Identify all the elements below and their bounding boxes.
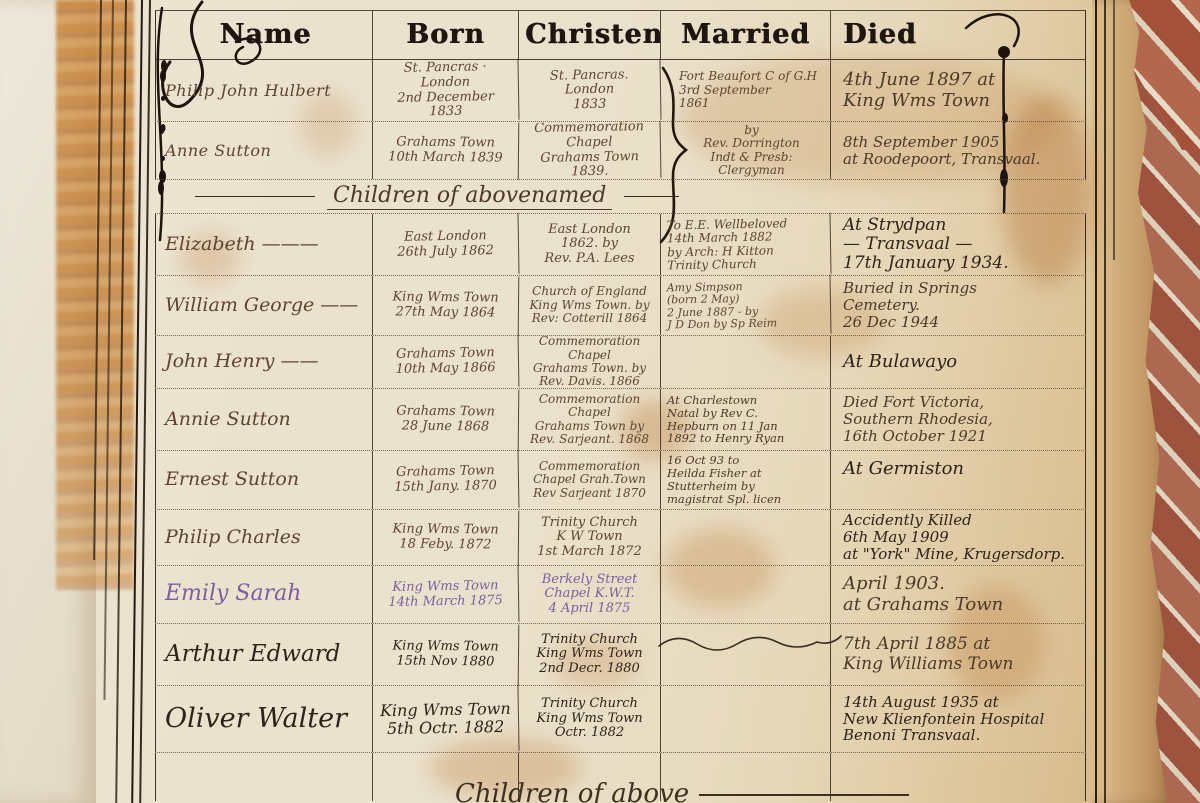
- cell-died: At Bulawayo: [831, 336, 1086, 388]
- bottom-partial-row: Children of above: [155, 753, 1086, 801]
- cell-name: Annie Sutton: [155, 389, 373, 450]
- cell-born: King Wms Town 18 Feby. 1872: [373, 509, 520, 566]
- cell-died: 14th August 1935 at New Klienfontein Hos…: [831, 686, 1086, 752]
- next-section-label: Children of above: [455, 779, 909, 803]
- cell-christened: Commemoration Chapel Grah.Town Rev Sarje…: [519, 451, 661, 509]
- table-row: Ernest Sutton Grahams Town 15th Jany. 18…: [155, 451, 1086, 510]
- table-header-row: Name Born Christened Married Died: [155, 10, 1086, 60]
- cell-born: Grahams Town 15th Jany. 1870: [373, 450, 520, 511]
- cell-name: Philip Charles: [155, 510, 373, 565]
- cell-christened: Commemoration Chapel Grahams Town 1839.: [519, 121, 662, 180]
- cell-died: 4th June 1897 at King Wms Town: [831, 60, 1086, 121]
- cell-name: John Henry ——: [155, 336, 373, 388]
- table-row: Philip Charles King Wms Town 18 Feby. 18…: [155, 510, 1086, 566]
- cell-christened: Church of England King Wms Town. by Rev:…: [519, 276, 661, 335]
- cell-married: Amy Simpson (born 2 May) 2 June 1887 - b…: [660, 275, 831, 337]
- cell-died: At Germiston: [831, 451, 1086, 509]
- header-christened: Christened: [519, 11, 661, 59]
- cell-died: Accidently Killed 6th May 1909 at "York"…: [831, 510, 1086, 565]
- right-rule-line: [1113, 0, 1115, 260]
- cell-died: Died Fort Victoria, Southern Rhodesia, 1…: [831, 389, 1086, 450]
- cell-died: 8th September 1905 at Roodepoort, Transv…: [831, 122, 1086, 179]
- cell-christened: Trinity Church K W Town 1st March 1872: [519, 510, 661, 565]
- cell-christened: Commemoration Chapel Grahams Town by Rev…: [519, 389, 661, 450]
- cell-married: At Charlestown Natal by Rev C. Hepburn o…: [661, 389, 831, 450]
- cell-married: [661, 510, 831, 565]
- table-row: William George —— King Wms Town 27th May…: [155, 276, 1086, 336]
- cell-name: Elizabeth ———: [155, 214, 373, 275]
- cell-died: At Strydpan — Transvaal — 17th January 1…: [831, 214, 1086, 275]
- cell-married: [661, 566, 831, 623]
- right-rule-line: [1095, 0, 1097, 803]
- cell-married: To E.E. Wellbeloved 14th March 1882 by A…: [660, 213, 831, 277]
- cell-born: King Wms Town 14th March 1875: [373, 565, 520, 625]
- cell-name: Arthur Edward: [155, 624, 373, 685]
- table-row: Emily Sarah King Wms Town 14th March 187…: [155, 566, 1086, 624]
- cell-born: Grahams Town 28 June 1868: [373, 388, 520, 451]
- table-row: Anne Sutton Grahams Town 10th March 1839…: [155, 122, 1086, 180]
- divider-rule: Children of abovenamed: [155, 183, 1086, 210]
- cell-died: April 1903. at Grahams Town: [831, 566, 1086, 623]
- right-rule-line: [1104, 0, 1106, 803]
- cell-married: by Rev. Dorrington Indt & Presb: Clergym…: [661, 122, 831, 179]
- cell-christened: Trinity Church King Wms Town 2nd Decr. 1…: [519, 624, 661, 685]
- header-died: Died: [831, 11, 1086, 59]
- cell-married: [661, 686, 831, 752]
- cell-name: Philip John Hulbert: [155, 60, 373, 121]
- register-table: Name Born Christened Married Died Philip…: [155, 10, 1086, 801]
- cell-christened: St. Pancras. London 1833: [518, 59, 661, 122]
- cell-christened: East London 1862. by Rev. P.A. Lees: [519, 214, 661, 275]
- table-row: John Henry —— Grahams Town 10th May 1866…: [155, 336, 1086, 389]
- cell-born: King Wms Town 5th Octr. 1882: [372, 685, 519, 754]
- divider-label: Children of abovenamed: [327, 183, 612, 210]
- table-row: Elizabeth ——— East London 26th July 1862…: [155, 214, 1086, 276]
- table-row: Arthur Edward King Wms Town 15th Nov 188…: [155, 624, 1086, 686]
- table-row: Oliver Walter King Wms Town 5th Octr. 18…: [155, 686, 1086, 753]
- cell-christened: Commemoration Chapel Grahams Town. by Re…: [519, 336, 661, 388]
- cell-name: Anne Sutton: [155, 122, 373, 179]
- cell-married: 16 Oct 93 to Heilda Fisher at Stutterhei…: [661, 451, 831, 509]
- cell-married: [661, 336, 831, 388]
- cell-born: St. Pancras · London 2nd December 1833: [372, 59, 519, 123]
- cell-born: King Wms Town 15th Nov 1880: [373, 623, 520, 686]
- cell-died: Buried in Springs Cemetery. 26 Dec 1944: [831, 276, 1086, 335]
- cell-born: Grahams Town 10th March 1839: [373, 121, 520, 180]
- register-photo: Name Born Christened Married Died Philip…: [0, 0, 1200, 803]
- cell-christened: Trinity Church King Wms Town Octr. 1882: [519, 686, 661, 752]
- header-name: Name: [155, 11, 373, 59]
- cell-born: East London 26th July 1862: [372, 213, 519, 277]
- cell-married: Fort Beaufort C of G.H 3rd September 186…: [661, 60, 831, 121]
- cell-married: [661, 624, 831, 685]
- header-married: Married: [661, 11, 831, 59]
- section-divider: Children of abovenamed: [155, 180, 1086, 214]
- cell-born: King Wms Town 27th May 1864: [373, 275, 520, 336]
- cell-name: Oliver Walter: [155, 686, 373, 752]
- cell-name: Ernest Sutton: [155, 451, 373, 509]
- table-row: Philip John Hulbert St. Pancras · London…: [155, 60, 1086, 122]
- cell-name: [155, 753, 373, 801]
- cell-christened: Berkely Street Chapel K.W.T. 4 April 187…: [519, 566, 661, 623]
- cell-died: 7th April 1885 at King Williams Town: [831, 624, 1086, 685]
- table-row: Annie Sutton Grahams Town 28 June 1868 C…: [155, 389, 1086, 451]
- cell-name: Emily Sarah: [155, 566, 373, 623]
- cell-name: William George ——: [155, 276, 373, 335]
- header-born: Born: [373, 11, 519, 59]
- cell-born: Grahams Town 10th May 1866: [373, 335, 520, 390]
